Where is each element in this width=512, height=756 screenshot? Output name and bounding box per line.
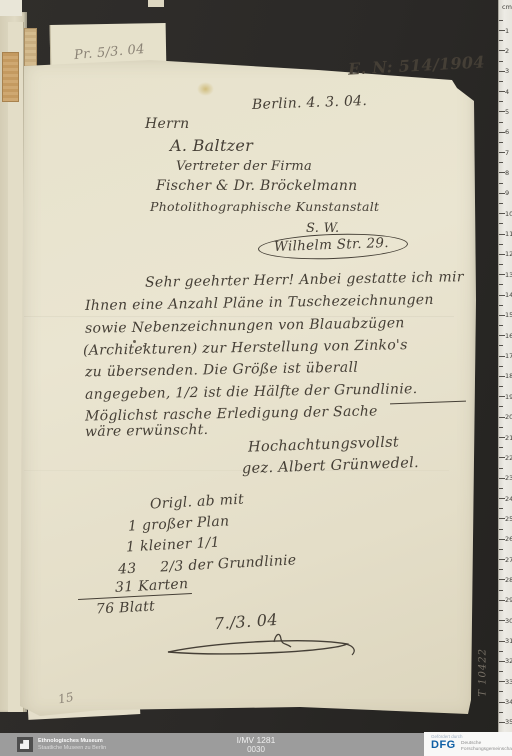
ruler-cm-label: 7	[505, 149, 509, 157]
body-line: wäre erwünscht.	[85, 423, 209, 439]
ruler-half-tick	[499, 630, 503, 631]
ruler-cm-label: 26	[505, 535, 512, 543]
recipient-name: A. Baltzer	[170, 138, 253, 154]
ruler-cm-label: 12	[505, 250, 512, 258]
ruler-half-tick	[499, 264, 503, 265]
ruler-half-tick	[499, 284, 503, 285]
ruler-cm-label: 13	[505, 271, 512, 279]
ruler-half-tick	[499, 325, 503, 326]
ruler-half-tick	[499, 712, 503, 713]
ruler-cm-label: 11	[505, 230, 512, 238]
ruler-cm-label: 35	[505, 718, 512, 726]
recipient-firm: Fischer & Dr. Bröckelmann	[156, 179, 358, 193]
ruler-half-tick	[499, 488, 503, 489]
ruler-half-tick	[499, 183, 503, 184]
ruler-cm-label: 5	[505, 108, 509, 116]
ruler-cm-label: 33	[505, 678, 512, 686]
recipient-firm-type: Photolithographische Kunstanstalt	[150, 201, 379, 214]
recipient-role: Vertreter der Firma	[176, 160, 312, 173]
ruler-half-tick	[499, 569, 503, 570]
ruler-half-tick	[499, 447, 503, 448]
top-notch-fragment	[148, 0, 164, 7]
ruler-cm-label: 22	[505, 454, 512, 462]
ruler-half-tick	[499, 20, 503, 21]
ruler-half-tick	[499, 244, 503, 245]
ruler-cm-label: 3	[505, 67, 509, 75]
ruler-half-tick	[499, 610, 503, 611]
signature-flourish	[162, 630, 362, 662]
ruler-half-tick	[499, 142, 503, 143]
ruler-scale: 1234567891011121314151617181920212223242…	[499, 0, 512, 733]
dfg-abbr: DFG	[431, 739, 456, 751]
page-number-pencil: 15	[57, 691, 75, 706]
funder-name-line2: Forschungsgemeinschaft	[461, 747, 512, 752]
ruler-half-tick	[499, 651, 503, 652]
ruler-cm-label: 25	[505, 515, 512, 523]
ruler-cm-label: 18	[505, 372, 512, 380]
ruler-half-tick	[499, 427, 503, 428]
postscript-item: 31 Karten	[115, 577, 189, 595]
ruler-cm-label: 19	[505, 393, 512, 401]
ruler-half-tick	[499, 81, 503, 82]
ruler-cm-label: 16	[505, 332, 512, 340]
ruler-cm-label: 14	[505, 291, 512, 299]
ruler-half-tick	[499, 162, 503, 163]
ruler-cm-label: 17	[505, 352, 512, 360]
ruler-half-tick	[499, 366, 503, 367]
paper-stain	[197, 82, 214, 96]
ruler-half-tick	[499, 691, 503, 692]
ruler-half-tick	[499, 406, 503, 407]
ruler-cm-label: 6	[505, 128, 509, 136]
ruler-half-tick	[499, 305, 503, 306]
ruler-cm-label: 27	[505, 556, 512, 564]
ruler-cm-label: 34	[505, 698, 512, 706]
ruler-half-tick	[499, 508, 503, 509]
ruler-cm-label: 24	[505, 495, 512, 503]
ruler-cm-label: 8	[505, 169, 509, 177]
ruler-cm-label: 9	[505, 189, 509, 197]
recipient-salutation: Herrn	[145, 117, 189, 131]
postscript-total: 76 Blatt	[96, 599, 156, 616]
ruler-cm-label: 32	[505, 657, 512, 665]
ruler-cm-label: 2	[505, 47, 509, 55]
ruler-half-tick	[499, 345, 503, 346]
tape-fragment-1	[2, 52, 19, 102]
ruler-half-tick	[499, 61, 503, 62]
ruler-cm-label: 1	[505, 27, 509, 35]
date-line: Berlin. 4. 3. 04.	[252, 94, 368, 112]
ruler-half-tick	[499, 529, 503, 530]
ruler-cm-label: 15	[505, 311, 512, 319]
ruler-half-tick	[499, 223, 503, 224]
ruler-half-tick	[499, 386, 503, 387]
ruler-half-tick	[499, 101, 503, 102]
ruler-half-tick	[499, 203, 503, 204]
entry-number-note: E. N: 514/1904	[348, 54, 485, 77]
ruler-cm-label: 10	[505, 210, 512, 218]
ruler-half-tick	[499, 122, 503, 123]
ruler-cm-label: 31	[505, 637, 512, 645]
ruler-cm-label: 28	[505, 576, 512, 584]
ruler-cm-label: 21	[505, 434, 512, 442]
ruler-cm-label: 23	[505, 474, 512, 482]
footer-bar: Ethnologisches Museum Staatliche Museen …	[0, 733, 512, 756]
ruler-half-tick	[499, 40, 503, 41]
scan-frame: Pr. 5/3. 04 E. N: 514/1904 Berlin. 4. 3.…	[0, 0, 512, 756]
ruler-cm-label: 30	[505, 617, 512, 625]
ruler-cm-label: 20	[505, 413, 512, 421]
ruler-half-tick	[499, 468, 503, 469]
ruler-half-tick	[499, 590, 503, 591]
ruler-half-tick	[499, 671, 503, 672]
margin-number-vertical: T 10422	[479, 648, 489, 697]
funder-name-line1: Deutsche	[461, 741, 481, 746]
ruler-cm-label: 4	[505, 88, 509, 96]
ruler-cm-label: 29	[505, 596, 512, 604]
ruler-half-tick	[499, 549, 503, 550]
ruler: cm 1234567891011121314151617181920212223…	[498, 0, 512, 733]
dfg-logo: Gefördert durch DFG Deutsche Forschungsg…	[424, 732, 512, 756]
corner-fragment	[0, 0, 22, 16]
